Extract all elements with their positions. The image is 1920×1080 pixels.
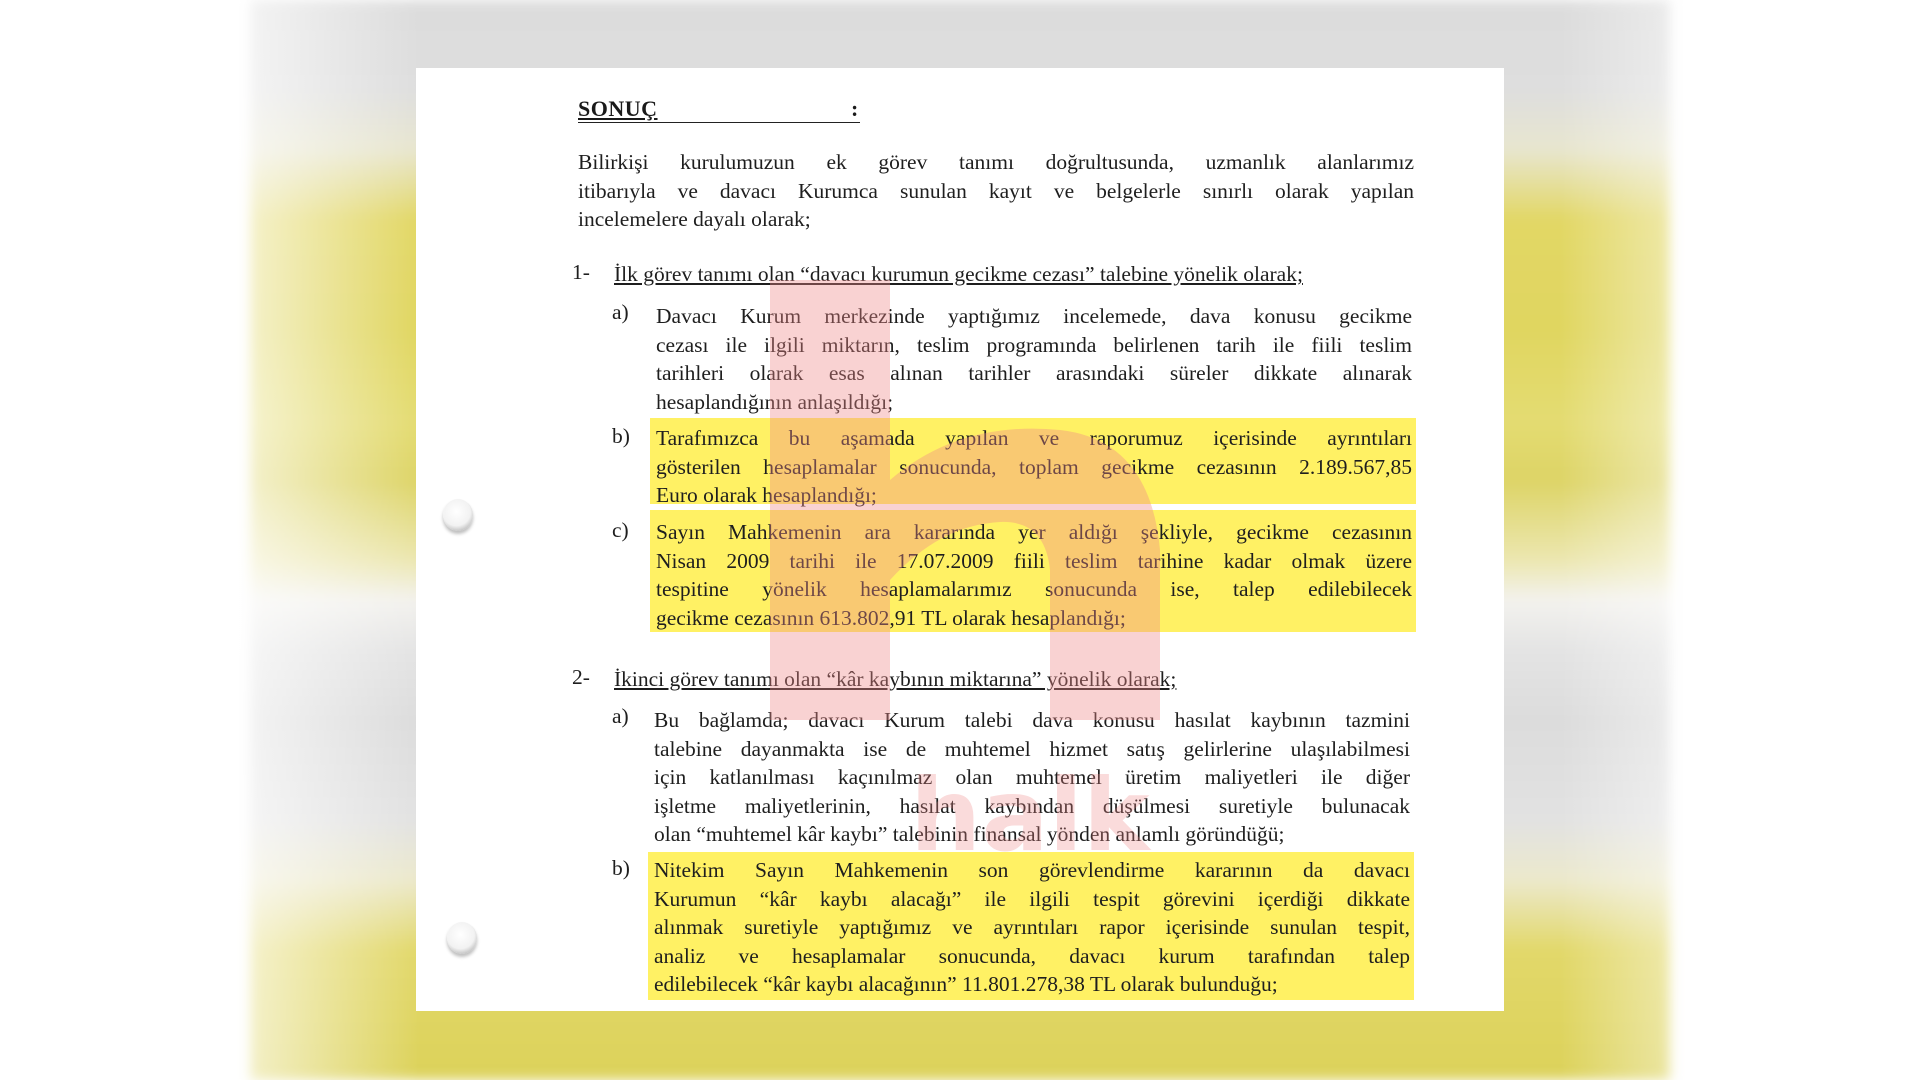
intro-paragraph: Bilirkişi kurulumuzun ek görev tanımı do… <box>578 148 1414 234</box>
title-underline <box>578 122 860 123</box>
page-title: SONUÇ <box>578 96 658 122</box>
item-line: Davacı Kurum merkezinde yaptığımız incel… <box>656 302 1412 331</box>
intro-line: incelemelere dayalı olarak; <box>578 205 1414 234</box>
item-line: hesaplandığının anlaşıldığı; <box>656 388 1412 417</box>
item-1b-text: Tarafımızca bu aşamada yapılan ve raporu… <box>656 424 1412 510</box>
item-line: işletme maliyetlerinin, hasılat kaybında… <box>654 792 1410 821</box>
title-colon: : <box>851 96 858 122</box>
item-line: gösterilen hesaplamalar sonucunda, topla… <box>656 453 1412 482</box>
item-line: Nisan 2009 tarihi ile 17.07.2009 fiili t… <box>656 547 1412 576</box>
item-line: cezası ile ilgili miktarın, teslim progr… <box>656 331 1412 360</box>
item-line: Kurumun “kâr kaybı alacağı” ile ilgili t… <box>654 885 1410 914</box>
section-2-heading: İkinci görev tanımı olan “kâr kaybının m… <box>614 667 1176 692</box>
item-line: alınmak suretiyle yaptığımız ve ayrıntıl… <box>654 913 1410 942</box>
section-2-number: 2- <box>572 665 590 690</box>
item-line: olan “muhtemel kâr kaybı” talebinin fina… <box>654 820 1410 849</box>
item-line: Tarafımızca bu aşamada yapılan ve raporu… <box>656 424 1412 453</box>
item-1c-text: Sayın Mahkemenin ara kararında yer aldığ… <box>656 518 1412 632</box>
background-fade-left <box>160 0 420 1080</box>
item-line: Bu bağlamda; davacı Kurum talebi dava ko… <box>654 706 1410 735</box>
item-2a-text: Bu bağlamda; davacı Kurum talebi dava ko… <box>654 706 1410 849</box>
item-line: tarihleri olarak esas alınan tarihler ar… <box>656 359 1412 388</box>
item-line: Nitekim Sayın Mahkemenin son görevlendir… <box>654 856 1410 885</box>
item-1a-label: a) <box>612 300 629 325</box>
item-2b-label: b) <box>612 856 630 881</box>
item-line: için katlanılması kaçınılmaz olan muhtem… <box>654 763 1410 792</box>
item-line: edilebilecek “kâr kaybı alacağının” 11.8… <box>654 970 1410 999</box>
item-1a-text: Davacı Kurum merkezinde yaptığımız incel… <box>656 302 1412 416</box>
section-1-heading: İlk görev tanımı olan “davacı kurumun ge… <box>614 262 1414 287</box>
item-2a-label: a) <box>612 704 629 729</box>
item-2b-text: Nitekim Sayın Mahkemenin son görevlendir… <box>654 856 1410 999</box>
intro-line: itibarıyla ve davacı Kurumca sunulan kay… <box>578 177 1414 206</box>
item-1c-label: c) <box>612 518 629 543</box>
item-1b-label: b) <box>612 424 630 449</box>
item-line: analiz ve hesaplamalar sonucunda, davacı… <box>654 942 1410 971</box>
item-line: talebine dayanmakta ise de muhtemel hizm… <box>654 735 1410 764</box>
item-line: gecikme cezasının 613.802,91 TL olarak h… <box>656 604 1412 633</box>
intro-line: Bilirkişi kurulumuzun ek görev tanımı do… <box>578 148 1414 177</box>
item-line: tespitine yönelik hesaplamalarımız sonuc… <box>656 575 1412 604</box>
item-line: Sayın Mahkemenin ara kararında yer aldığ… <box>656 518 1412 547</box>
background-fade-right <box>1560 0 1820 1080</box>
section-1-number: 1- <box>572 260 590 285</box>
item-line: Euro olarak hesaplandığı; <box>656 481 1412 510</box>
punch-hole-top <box>443 499 473 531</box>
punch-hole-bottom <box>447 922 477 954</box>
